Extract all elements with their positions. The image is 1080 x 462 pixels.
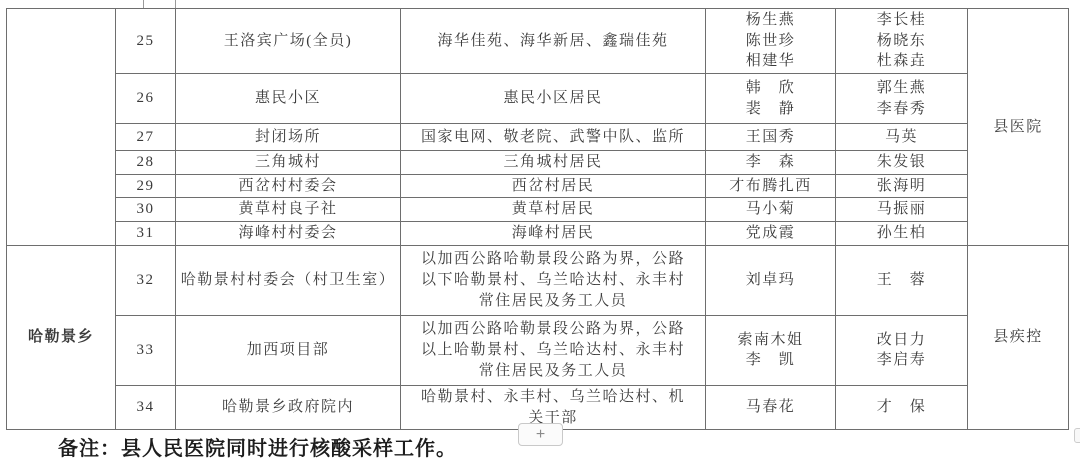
location-cell: 惠民小区 (176, 74, 401, 124)
location-cell: 西岔村村委会 (176, 174, 401, 198)
location-cell: 三角城村 (176, 151, 401, 175)
contact-b-cell: 王 蓉 (836, 245, 968, 315)
coverage-cell: 海华佳苑、海华新居、鑫瑞佳苑 (401, 9, 706, 74)
contact-b-cell: 马振丽 (836, 198, 968, 222)
contact-a-cell: 马春花 (706, 385, 836, 429)
sampling-points-table: 25王洛宾广场(全员)海华佳苑、海华新居、鑫瑞佳苑杨生燕 陈世珍 相建华李长桂 … (6, 8, 1069, 430)
document-page: 25王洛宾广场(全员)海华佳苑、海华新居、鑫瑞佳苑杨生燕 陈世珍 相建华李长桂 … (0, 0, 1080, 462)
coverage-cell: 以加西公路哈勒景段公路为界，公路 以上哈勒景村、乌兰哈达村、永丰村 常住居民及务… (401, 315, 706, 385)
row-number-cell: 27 (116, 124, 176, 151)
contact-a-cell: 李 森 (706, 151, 836, 175)
location-cell: 黄草村良子社 (176, 198, 401, 222)
table-row: 33加西项目部以加西公路哈勒景段公路为界，公路 以上哈勒景村、乌兰哈达村、永丰村… (7, 315, 1069, 385)
table-row: 哈勒景乡32哈勒景村村委会（村卫生室）以加西公路哈勒景段公路为界，公路 以下哈勒… (7, 245, 1069, 315)
coverage-cell: 黄草村居民 (401, 198, 706, 222)
row-number-cell: 32 (116, 245, 176, 315)
contact-b-cell: 郭生燕 李春秀 (836, 74, 968, 124)
coverage-cell: 三角城村居民 (401, 151, 706, 175)
section-cell (7, 9, 116, 246)
contact-b-cell: 张海明 (836, 174, 968, 198)
table-row: 29西岔村村委会西岔村居民才布腾扎西张海明 (7, 174, 1069, 198)
table-row: 25王洛宾广场(全员)海华佳苑、海华新居、鑫瑞佳苑杨生燕 陈世珍 相建华李长桂 … (7, 9, 1069, 74)
contact-a-cell: 索南木姐 李 凯 (706, 315, 836, 385)
table-row: 28三角城村三角城村居民李 森朱发银 (7, 151, 1069, 175)
row-number-cell: 34 (116, 385, 176, 429)
contact-b-cell: 李长桂 杨晓东 杜森垚 (836, 9, 968, 74)
coverage-cell: 国家电网、敬老院、武警中队、监所 (401, 124, 706, 151)
coverage-cell: 惠民小区居民 (401, 74, 706, 124)
contact-a-cell: 杨生燕 陈世珍 相建华 (706, 9, 836, 74)
contact-a-cell: 韩 欣 裴 静 (706, 74, 836, 124)
table-body: 25王洛宾广场(全员)海华佳苑、海华新居、鑫瑞佳苑杨生燕 陈世珍 相建华李长桂 … (7, 9, 1069, 430)
row-number-cell: 30 (116, 198, 176, 222)
contact-a-cell: 刘卓玛 (706, 245, 836, 315)
cropped-button-fragment[interactable] (1074, 428, 1080, 443)
contact-b-cell: 孙生柏 (836, 222, 968, 246)
row-number-cell: 29 (116, 174, 176, 198)
coverage-cell: 以加西公路哈勒景段公路为界，公路 以下哈勒景村、乌兰哈达村、永丰村 常住居民及务… (401, 245, 706, 315)
row-number-cell: 28 (116, 151, 176, 175)
table-row: 27封闭场所国家电网、敬老院、武警中队、监所王国秀马英 (7, 124, 1069, 151)
location-cell: 哈勒景村村委会（村卫生室） (176, 245, 401, 315)
contact-b-cell: 才 保 (836, 385, 968, 429)
location-cell: 封闭场所 (176, 124, 401, 151)
contact-a-cell: 党成霞 (706, 222, 836, 246)
institution-cell: 县疾控 (968, 245, 1069, 429)
contact-b-cell: 改日力 李启寿 (836, 315, 968, 385)
coverage-cell: 西岔村居民 (401, 174, 706, 198)
contact-a-cell: 马小菊 (706, 198, 836, 222)
row-number-cell: 33 (116, 315, 176, 385)
contact-a-cell: 王国秀 (706, 124, 836, 151)
location-cell: 哈勒景乡政府院内 (176, 385, 401, 429)
institution-cell: 县医院 (968, 9, 1069, 246)
table-row: 26惠民小区惠民小区居民韩 欣 裴 静郭生燕 李春秀 (7, 74, 1069, 124)
location-cell: 海峰村村委会 (176, 222, 401, 246)
note-text: 备注：县人民医院同时进行核酸采样工作。 (58, 432, 457, 461)
location-cell: 王洛宾广场(全员) (176, 9, 401, 74)
table-row: 30黄草村良子社黄草村居民马小菊马振丽 (7, 198, 1069, 222)
location-cell: 加西项目部 (176, 315, 401, 385)
expand-button[interactable]: + (518, 423, 563, 446)
row-number-cell: 31 (116, 222, 176, 246)
contact-b-cell: 朱发银 (836, 151, 968, 175)
table-row: 31海峰村村委会海峰村居民党成霞孙生柏 (7, 222, 1069, 246)
row-number-cell: 25 (116, 9, 176, 74)
coverage-cell: 海峰村居民 (401, 222, 706, 246)
plus-icon: + (536, 425, 545, 445)
contact-a-cell: 才布腾扎西 (706, 174, 836, 198)
row-number-cell: 26 (116, 74, 176, 124)
contact-b-cell: 马英 (836, 124, 968, 151)
section-cell: 哈勒景乡 (7, 245, 116, 429)
